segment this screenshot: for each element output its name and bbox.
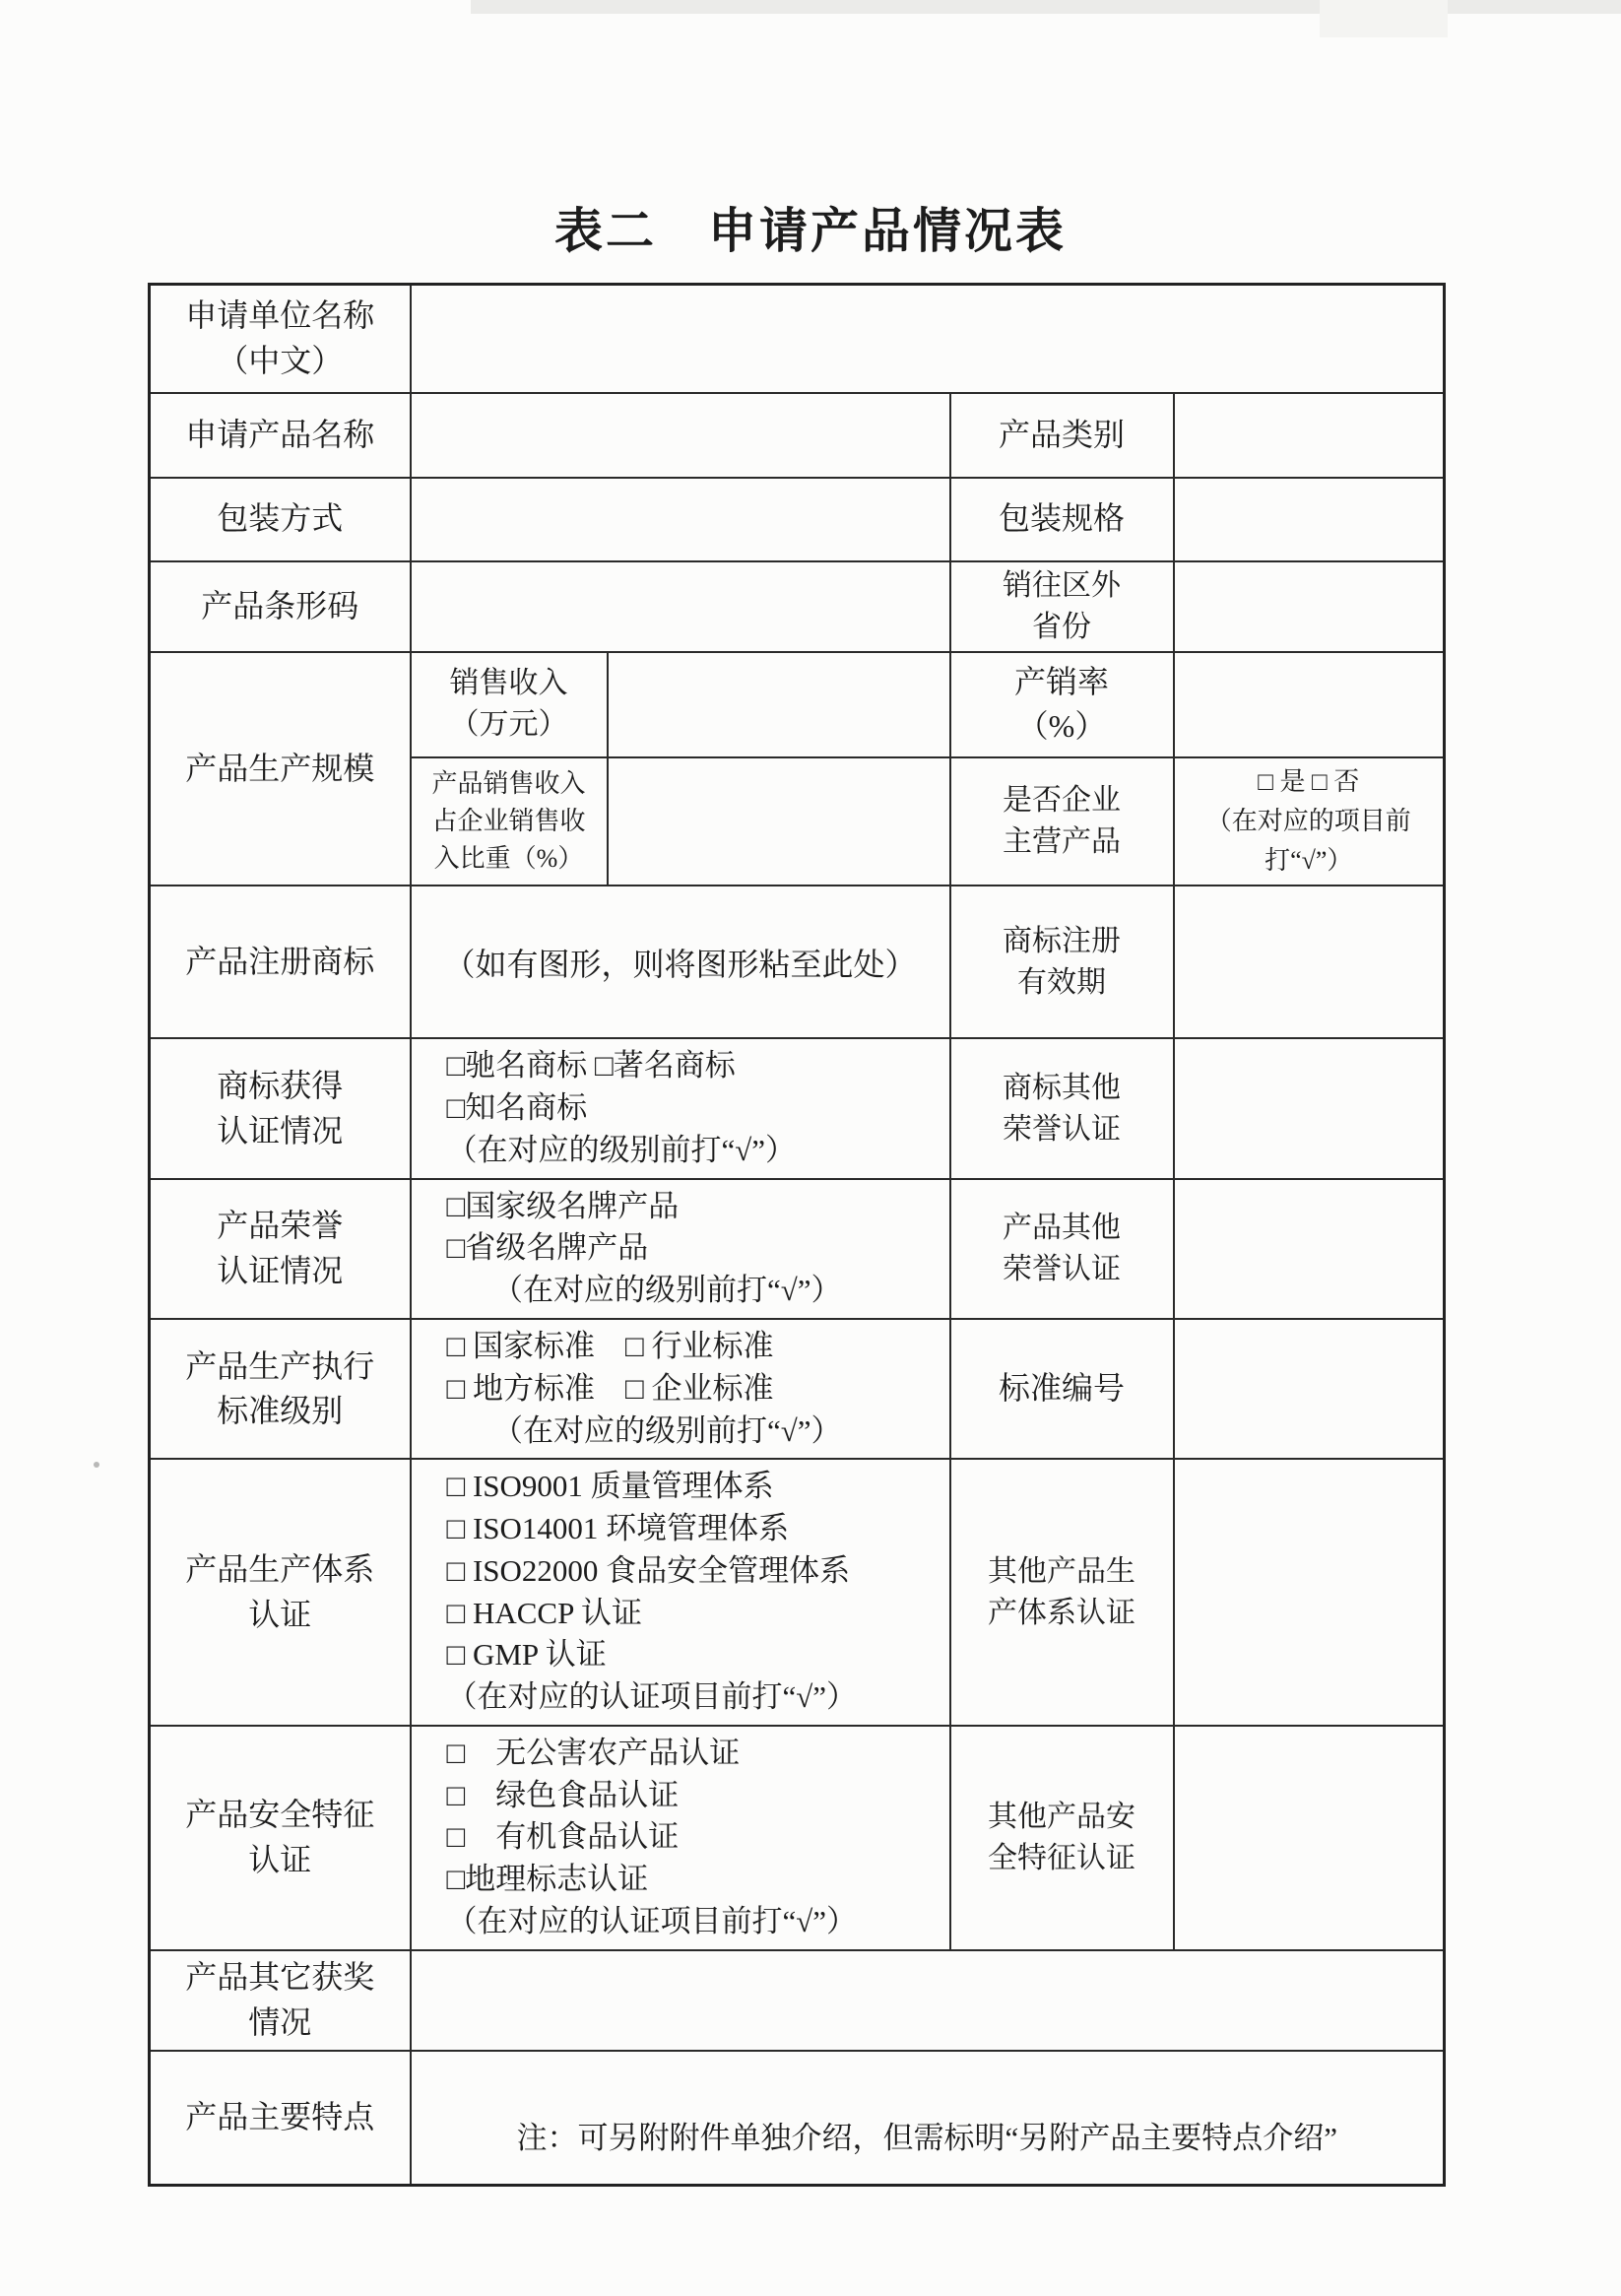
main-features-label: 产品主要特点 <box>150 2051 411 2186</box>
other-awards-label: 产品其它获奖 情况 <box>150 1950 411 2051</box>
trademark-paste-area[interactable]: （如有图形，则将图形粘至此处） <box>411 886 950 1038</box>
packaging-method-label: 包装方式 <box>150 478 411 561</box>
product-category-input[interactable] <box>1174 393 1445 478</box>
applicant-name-label: 申请单位名称 （中文） <box>150 285 411 393</box>
safety-cert-options[interactable]: □ 无公害农产品认证 □ 绿色食品认证 □ 有机食品认证 □地理标志认证 （在对… <box>411 1726 950 1950</box>
product-name-input[interactable] <box>411 393 950 478</box>
barcode-input[interactable] <box>411 561 950 652</box>
other-production-system-label: 其他产品生 产体系认证 <box>950 1459 1174 1726</box>
page-title: 表二 申请产品情况表 <box>0 193 1621 262</box>
production-system-label: 产品生产体系 认证 <box>150 1459 411 1726</box>
packaging-spec-input[interactable] <box>1174 478 1445 561</box>
trademark-cert-options[interactable]: □驰名商标 □著名商标 □知名商标 （在对应的级别前打“√”） <box>411 1038 950 1178</box>
standard-number-input[interactable] <box>1174 1319 1445 1459</box>
sales-revenue-input[interactable] <box>608 652 950 757</box>
sales-revenue-label: 销售收入 （万元） <box>411 652 608 757</box>
revenue-ratio-label: 产品销售收入 占企业销售收 入比重（%） <box>411 757 608 886</box>
production-system-options[interactable]: □ ISO9001 质量管理体系 □ ISO14001 环境管理体系 □ ISO… <box>411 1459 950 1726</box>
scan-artifact-top-right <box>1320 0 1448 37</box>
main-features-note: 注：可另附附件单独介绍，但需标明“另附产品主要特点介绍” <box>516 2121 1337 2155</box>
provinces-sold-input[interactable] <box>1174 561 1445 652</box>
provinces-sold-label: 销往区外 省份 <box>950 561 1174 652</box>
scan-artifact-dot <box>94 1462 99 1468</box>
main-features-area[interactable]: 注：可另附附件单独介绍，但需标明“另附产品主要特点介绍” <box>411 2051 1445 2186</box>
other-safety-cert-input[interactable] <box>1174 1726 1445 1950</box>
other-production-system-input[interactable] <box>1174 1459 1445 1726</box>
product-name-label: 申请产品名称 <box>150 393 411 478</box>
product-application-form: 申请单位名称 （中文） 申请产品名称 产品类别 包装方式 包装规格 产品条形码 … <box>148 283 1446 2187</box>
trademark-other-honor-label: 商标其他 荣誉认证 <box>950 1038 1174 1178</box>
main-product-label: 是否企业 主营产品 <box>950 757 1174 886</box>
applicant-name-input[interactable] <box>411 285 1445 393</box>
production-scale-label: 产品生产规模 <box>150 652 411 886</box>
standard-level-options[interactable]: □ 国家标准 □ 行业标准 □ 地方标准 □ 企业标准 （在对应的级别前打“√”… <box>411 1319 950 1459</box>
packaging-spec-label: 包装规格 <box>950 478 1174 561</box>
safety-cert-label: 产品安全特征 认证 <box>150 1726 411 1950</box>
other-awards-input[interactable] <box>411 1950 1445 2051</box>
standard-level-label: 产品生产执行 标准级别 <box>150 1319 411 1459</box>
revenue-ratio-input[interactable] <box>608 757 950 886</box>
product-category-label: 产品类别 <box>950 393 1174 478</box>
product-other-honor-input[interactable] <box>1174 1179 1445 1319</box>
trademark-validity-input[interactable] <box>1174 886 1445 1038</box>
main-product-options[interactable]: □ 是 □ 否 （在对应的项目前 打“√”） <box>1174 757 1445 886</box>
product-honor-options[interactable]: □国家级名牌产品 □省级名牌产品 （在对应的级别前打“√”） <box>411 1179 950 1319</box>
product-other-honor-label: 产品其他 荣誉认证 <box>950 1179 1174 1319</box>
trademark-cert-label: 商标获得 认证情况 <box>150 1038 411 1178</box>
product-honor-label: 产品荣誉 认证情况 <box>150 1179 411 1319</box>
sales-rate-label: 产销率 （%） <box>950 652 1174 757</box>
sales-rate-input[interactable] <box>1174 652 1445 757</box>
trademark-validity-label: 商标注册 有效期 <box>950 886 1174 1038</box>
scan-artifact-top-bar <box>471 0 1621 14</box>
standard-number-label: 标准编号 <box>950 1319 1174 1459</box>
packaging-method-input[interactable] <box>411 478 950 561</box>
barcode-label: 产品条形码 <box>150 561 411 652</box>
other-safety-cert-label: 其他产品安 全特征认证 <box>950 1726 1174 1950</box>
trademark-other-honor-input[interactable] <box>1174 1038 1445 1178</box>
registered-trademark-label: 产品注册商标 <box>150 886 411 1038</box>
